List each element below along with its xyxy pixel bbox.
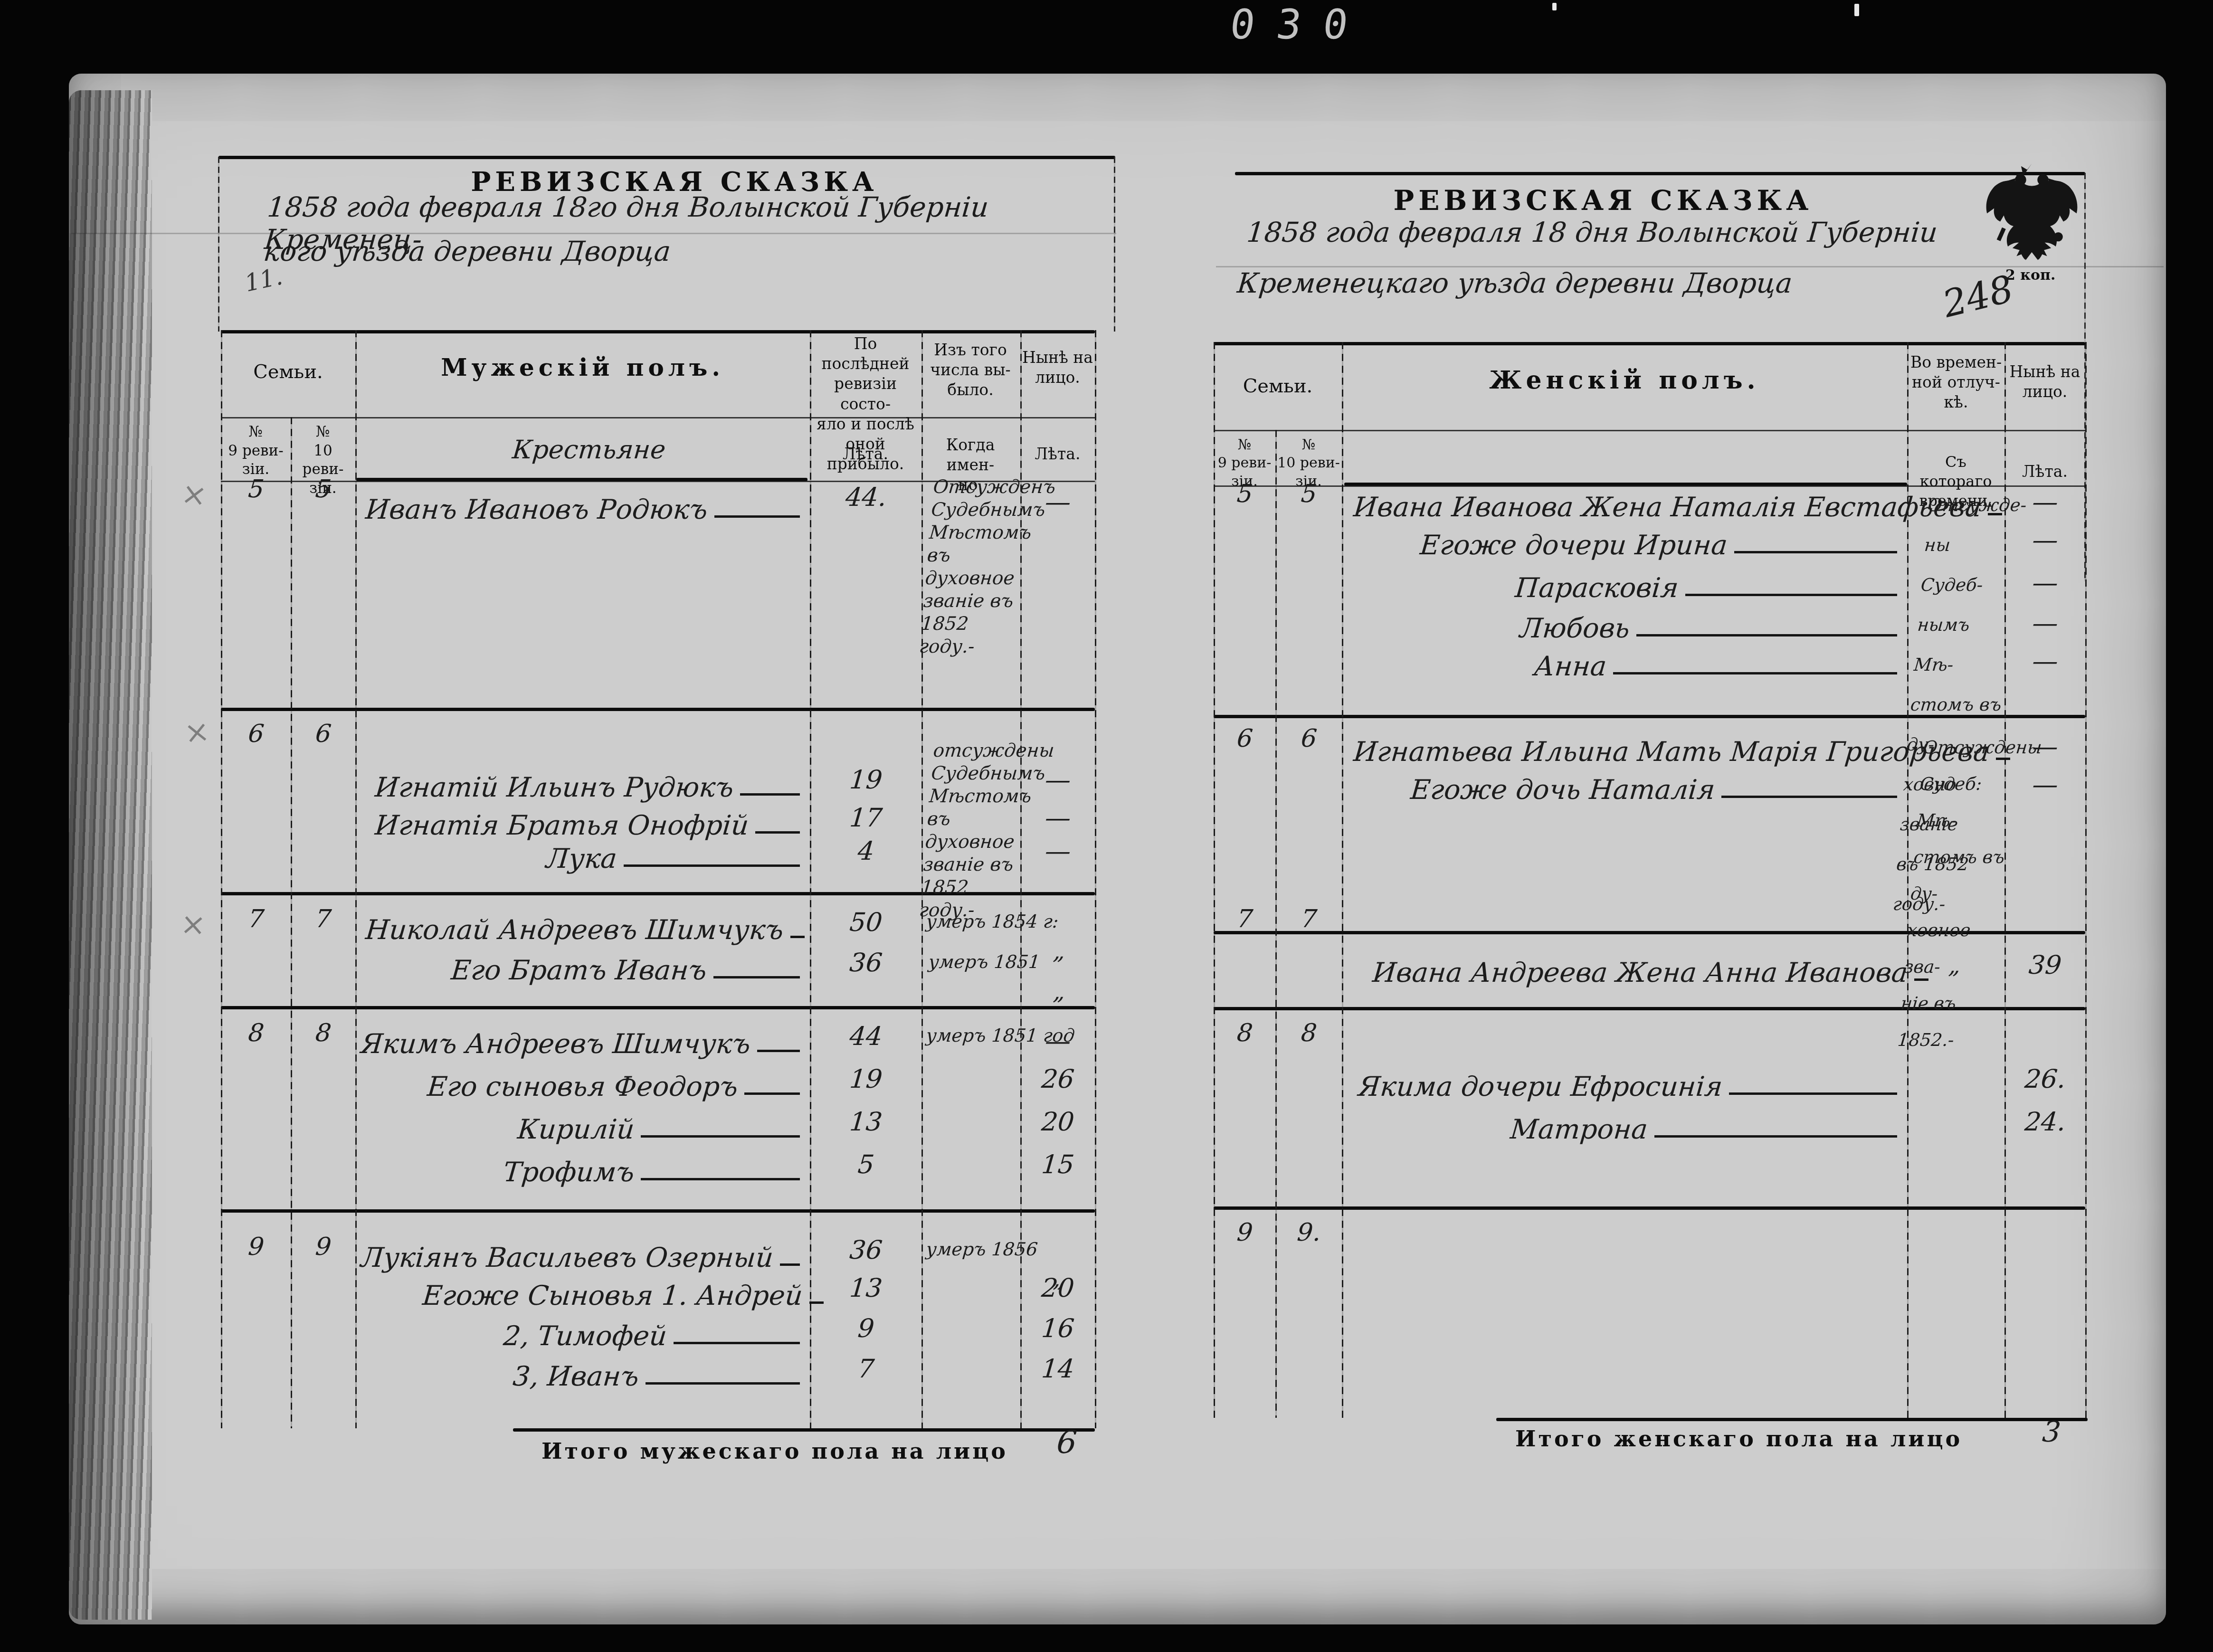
member-name: Любовь: [1519, 613, 1631, 644]
name-fill-line: [713, 976, 800, 978]
age-now: 20: [1019, 1107, 1097, 1145]
age-now: —: [2004, 568, 2086, 606]
member-name: Егоже дочь Наталія: [1409, 774, 1716, 806]
col-header-gender: Мужескій полъ.: [355, 352, 810, 383]
departed-note: отсуждены Судебнымъ Мѣстомъ въ духовное …: [918, 740, 1027, 922]
age-now: —: [2004, 646, 2086, 684]
header-date-line: 1858 года февраля 18 дня Волынской Губер…: [1245, 216, 1970, 248]
family-number: 6: [1274, 724, 1344, 762]
ditto-mark: „: [1930, 952, 1980, 979]
book-spread-paper: [69, 74, 2166, 1624]
name-fill-line: [646, 1382, 800, 1385]
family-number: 9.: [1274, 1218, 1344, 1256]
member-name: Анна: [1533, 651, 1608, 682]
col-header-away: Во времен- ной отлуч- кѣ.: [1909, 352, 2004, 413]
film-speck: [1854, 4, 1859, 16]
age-now: —: [1019, 836, 1097, 874]
microfilm-frame: 030 РЕВИЗСКАЯ СКАЗКА 1858 года февраля 1…: [0, 0, 2213, 1652]
name-fill-line: [1636, 634, 1897, 636]
table-top-rule: [221, 330, 1095, 333]
name-fill-line: [744, 1092, 800, 1095]
age-now: 39: [2004, 950, 2086, 988]
age-now: 26.: [2004, 1064, 2086, 1102]
film-frame-counter: 030: [1227, 1, 1373, 48]
page-total-label: Итого мужескаго пола на лицо: [541, 1438, 1008, 1464]
book-page-edges: [69, 90, 152, 1620]
col-header-family: Семьи.: [221, 360, 355, 384]
departed-note: умеръ 1856: [925, 1239, 1084, 1260]
name-fill-line: [1685, 594, 1897, 596]
family-number: 5: [219, 475, 293, 513]
family-number: 9: [219, 1233, 293, 1271]
age-last-revision: 13: [808, 1273, 923, 1311]
col-header-family: Семьи.: [1214, 374, 1342, 399]
member-name: Якима дочери Ефросинія: [1357, 1071, 1724, 1102]
family-number: 7: [289, 905, 357, 943]
header-box-left-rule: [218, 157, 219, 332]
family-separator: [221, 1006, 1095, 1009]
member-name: Игнатій Ильинъ Рудюкъ: [374, 772, 735, 803]
header-box-top-rule: [218, 156, 1115, 159]
departed-note: Отсужденъ Судебнымъ Мѣстомъ въ духовное …: [918, 476, 1027, 658]
name-fill-line: [1613, 672, 1897, 674]
page-total-value: 3: [2041, 1415, 2062, 1449]
age-last-revision: 36: [808, 948, 923, 986]
page-total-value: 6: [1055, 1424, 1079, 1461]
member-name: Егоже Сыновья 1. Андрей: [421, 1280, 804, 1311]
imperial-eagle-stamp: [1981, 161, 2083, 268]
age-now: —: [1019, 803, 1097, 841]
table-col-rule: [355, 330, 357, 1428]
col-header-present: Нынѣ на лицо.: [2005, 362, 2084, 402]
col-header-rev9: № 9 реви- зіи.: [221, 423, 291, 479]
age-now: —: [1019, 487, 1097, 525]
family-number: 7: [1274, 905, 1344, 943]
table-band-rule: [1214, 430, 2085, 431]
table-band-rule: [221, 417, 1095, 418]
age-now: —: [2004, 487, 2086, 525]
family-number: 6: [219, 720, 293, 758]
family-number: 8: [289, 1019, 357, 1057]
family-number: 9: [289, 1233, 357, 1271]
family-separator: [1214, 1206, 2085, 1210]
member-name: 2, Тимофей: [502, 1320, 668, 1352]
age-last-revision: 13: [808, 1107, 923, 1145]
name-fill-line: [624, 864, 800, 867]
age-now: 16: [1019, 1313, 1097, 1351]
name-fill-line: [1654, 1135, 1897, 1138]
member-name: Якимъ Андреевъ Шимчукъ: [360, 1028, 752, 1060]
col-header-departed: Изъ того числа вы- было.: [923, 340, 1018, 400]
col-header-present: Нынѣ на лицо.: [1021, 348, 1094, 388]
page-title: РЕВИЗСКАЯ СКАЗКА: [1354, 184, 1852, 217]
table-col-rule: [1342, 342, 1343, 1418]
table-top-rule: [1214, 342, 2085, 345]
family-number: 7: [219, 905, 293, 943]
member-name: Ивана Иванова Жена Наталія Евстафьева: [1352, 492, 1983, 523]
age-last-revision: 44: [808, 1021, 923, 1059]
page-total-label: Итого женскаго пола на лицо: [1515, 1426, 1962, 1452]
departed-note: умеръ 1851: [928, 951, 1086, 972]
family-number: 6: [1212, 724, 1277, 762]
member-name: Его сыновья Феодоръ: [426, 1071, 739, 1102]
age-now: 26: [1019, 1064, 1097, 1102]
age-last-revision: 4: [808, 836, 923, 874]
name-fill-line: [714, 515, 800, 518]
age-now: 15: [1019, 1149, 1097, 1187]
name-fill-line: [1721, 796, 1897, 798]
age-now: —: [2004, 769, 2086, 807]
member-name: Иванъ Ивановъ Родюкъ: [364, 494, 709, 525]
name-fill-line: [1914, 978, 1928, 981]
member-name: Парасковія: [1514, 572, 1680, 604]
departed-note: умеръ 1854 г:: [925, 911, 1084, 932]
age-last-revision: 50: [808, 907, 923, 945]
col-header-gender: Женскій полъ.: [1342, 365, 1907, 397]
member-name: Николай Андреевъ Шимчукъ: [364, 914, 785, 946]
family-separator: [221, 1209, 1095, 1213]
age-last-revision: 5: [808, 1149, 923, 1187]
col-subheader-age-now: Лѣта.: [1021, 444, 1094, 464]
member-name: Игнатьева Ильина Мать Марія Григорьева: [1352, 736, 1991, 768]
member-name: Ивана Андреева Жена Анна Иванова: [1371, 957, 1909, 988]
age-now: —: [2004, 608, 2086, 646]
name-fill-line: [641, 1135, 800, 1138]
member-name: Кирилій: [516, 1114, 636, 1145]
margin-cross-mark: ×: [182, 713, 211, 751]
age-now: 20: [1019, 1273, 1097, 1311]
family-number: 5: [1274, 480, 1344, 518]
age-last-revision: 7: [808, 1354, 923, 1392]
family-number: 6: [289, 720, 357, 758]
name-fill-line: [780, 1263, 800, 1266]
film-speck: [1552, 3, 1557, 10]
age-now: 24.: [2004, 1107, 2086, 1145]
col-header-estate: Крестьяне: [445, 435, 733, 465]
member-name: Лука: [545, 843, 618, 874]
family-number: 8: [1274, 1019, 1344, 1057]
member-name: 3, Иванъ: [512, 1361, 640, 1392]
age-last-revision: 19: [808, 765, 923, 803]
name-fill-line: [641, 1178, 800, 1180]
name-fill-line: [790, 936, 805, 938]
age-last-revision: 36: [808, 1235, 923, 1273]
age-last-revision: 19: [808, 1064, 923, 1102]
header-place-line: Кременецкаго уѣзда деревни Дворца: [1236, 267, 1880, 299]
age-last-revision: 9: [808, 1313, 923, 1351]
age-last-revision: 17: [808, 803, 923, 841]
header-place-line: кого уѣзда деревни Дворца: [262, 235, 716, 267]
name-fill-line: [740, 793, 800, 796]
member-name: Трофимъ: [502, 1157, 636, 1188]
estate-underline: [356, 478, 807, 481]
name-fill-line: [1729, 1092, 1897, 1095]
col-subheader-age: Лѣта.: [2005, 462, 2084, 482]
margin-cross-mark: ×: [179, 476, 209, 514]
family-number: 7: [1212, 905, 1277, 943]
family-number: 5: [1212, 480, 1277, 518]
age-last-revision: 44.: [808, 482, 923, 520]
member-name: Егоже дочери Ирина: [1419, 530, 1729, 561]
family-separator: [221, 708, 1095, 711]
family-number: 8: [1212, 1019, 1277, 1057]
col-subheader-age: Лѣта.: [811, 444, 920, 464]
name-fill-line: [1734, 551, 1897, 553]
ditto-mark: „: [1035, 978, 1084, 1005]
stamp-denomination: 2 коп.: [2005, 267, 2055, 284]
age-now: 14: [1019, 1354, 1097, 1392]
age-now: —: [1019, 1026, 1097, 1064]
member-name: Лукіянъ Васильевъ Озерный: [360, 1242, 775, 1273]
header-box-top-rule: [1235, 172, 2085, 175]
family-number: 8: [219, 1019, 293, 1057]
table-col-rule: [2085, 342, 2087, 1418]
age-now: —: [2004, 731, 2086, 769]
family-number: 9: [1212, 1218, 1277, 1256]
name-fill-line: [757, 1050, 800, 1052]
name-fill-line: [674, 1342, 800, 1344]
member-name: Матрона: [1509, 1114, 1649, 1145]
margin-cross-mark: ×: [179, 906, 207, 943]
age-now: —: [2004, 525, 2086, 563]
family-number: 5: [289, 475, 357, 513]
footer-rule: [1496, 1418, 2088, 1421]
footer-rule: [513, 1428, 1095, 1432]
member-name: Его Братъ Иванъ: [450, 955, 708, 986]
